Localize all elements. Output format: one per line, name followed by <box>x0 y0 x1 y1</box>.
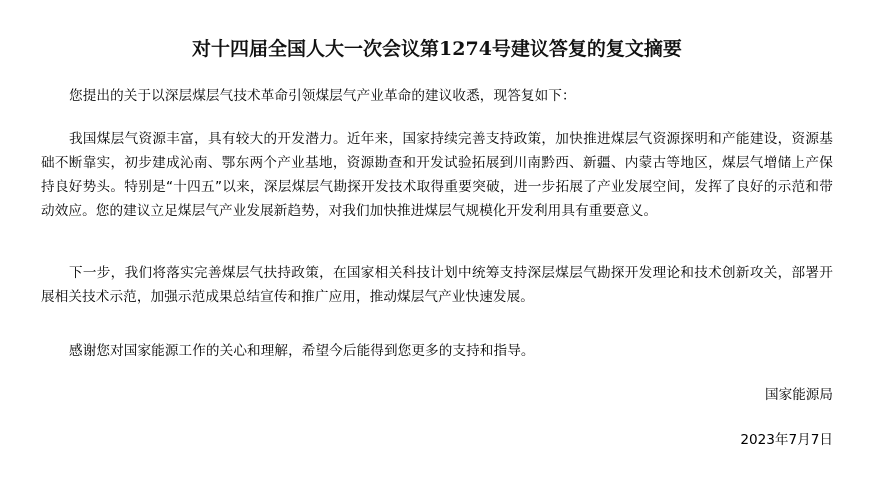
signature-date: 2023年7月7日 <box>740 428 833 452</box>
paragraph-closing: 感谢您对国家能源工作的关心和理解，希望今后能得到您更多的支持和指导。 <box>41 339 833 363</box>
page-title: 对十四届全国人大一次会议第1274号建议答复的复文摘要 <box>41 36 833 62</box>
document: 对十四届全国人大一次会议第1274号建议答复的复文摘要 您提出的关于以深层煤层气… <box>41 0 833 62</box>
paragraph-opening: 您提出的关于以深层煤层气技术革命引领煤层气产业革命的建议收悉，现答复如下： <box>41 84 833 108</box>
paragraph-next-steps: 下一步，我们将落实完善煤层气扶持政策，在国家相关科技计划中统筹支持深层煤层气勘探… <box>41 261 833 309</box>
signature-organization: 国家能源局 <box>765 383 833 407</box>
paragraph-background: 我国煤层气资源丰富，具有较大的开发潜力。近年来，国家持续完善支持政策，加快推进煤… <box>41 127 833 223</box>
